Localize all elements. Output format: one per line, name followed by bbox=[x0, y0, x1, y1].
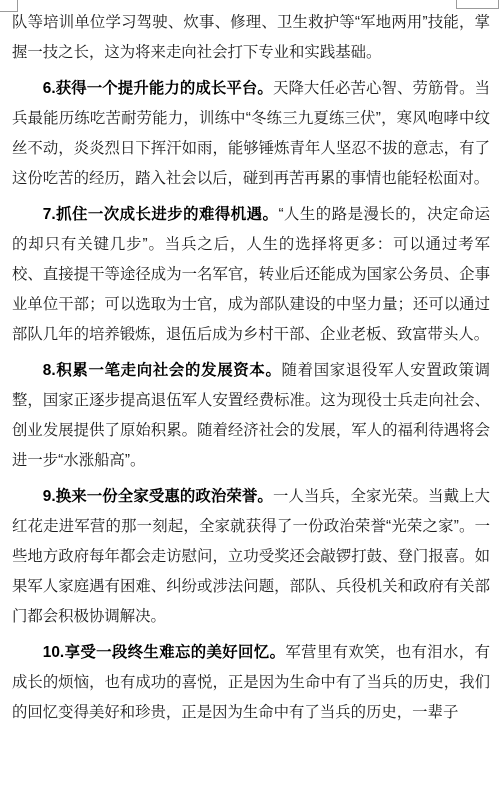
paragraph-lead: 7.抓住一次成长进步的难得机遇。 bbox=[43, 206, 279, 223]
paragraph-body: 一人当兵，全家光荣。当戴上大红花走进军营的那一刻起，全家就获得了一份政治荣誉“光… bbox=[12, 488, 490, 625]
paragraph-lead: 10.享受一段终生难忘的美好回忆。 bbox=[43, 644, 286, 661]
document-body: 队等培训单位学习驾驶、炊事、修理、卫生救护等“军地两用”技能，掌握一技之长，这为… bbox=[0, 0, 501, 728]
paragraph-lead: 8.积累一笔走向社会的发展资本。 bbox=[43, 362, 282, 379]
paragraph-continuation: 队等培训单位学习驾驶、炊事、修理、卫生救护等“军地两用”技能，掌握一技之长，这为… bbox=[12, 8, 490, 68]
paragraph-body: “人生的路是漫长的，决定命运的却只有关键几步”。当兵之后，人生的选择将更多：可以… bbox=[12, 206, 490, 343]
page-boundary-fragment-left bbox=[0, 0, 18, 12]
paragraph-point-8: 8.积累一笔走向社会的发展资本。随着国家退役军人安置政策调整，国家正逐步提高退伍… bbox=[12, 356, 490, 476]
paragraph-lead: 6.获得一个提升能力的成长平台。 bbox=[43, 80, 273, 97]
paragraph-lead: 9.换来一份全家受惠的政治荣誉。 bbox=[43, 488, 273, 505]
paragraph-point-6: 6.获得一个提升能力的成长平台。天降大任必苦心智、劳筋骨。当兵最能历练吃苦耐劳能… bbox=[12, 74, 490, 194]
page-boundary-fragment-right bbox=[456, 0, 499, 9]
document-page[interactable]: 队等培训单位学习驾驶、炊事、修理、卫生救护等“军地两用”技能，掌握一技之长，这为… bbox=[0, 0, 501, 786]
paragraph-body: 队等培训单位学习驾驶、炊事、修理、卫生救护等“军地两用”技能，掌握一技之长，这为… bbox=[12, 14, 490, 61]
paragraph-point-10: 10.享受一段终生难忘的美好回忆。军营里有欢笑，也有泪水，有成长的烦恼，也有成功… bbox=[12, 638, 490, 728]
paragraph-point-7: 7.抓住一次成长进步的难得机遇。“人生的路是漫长的，决定命运的却只有关键几步”。… bbox=[12, 200, 490, 350]
paragraph-point-9: 9.换来一份全家受惠的政治荣誉。一人当兵，全家光荣。当戴上大红花走进军营的那一刻… bbox=[12, 482, 490, 632]
